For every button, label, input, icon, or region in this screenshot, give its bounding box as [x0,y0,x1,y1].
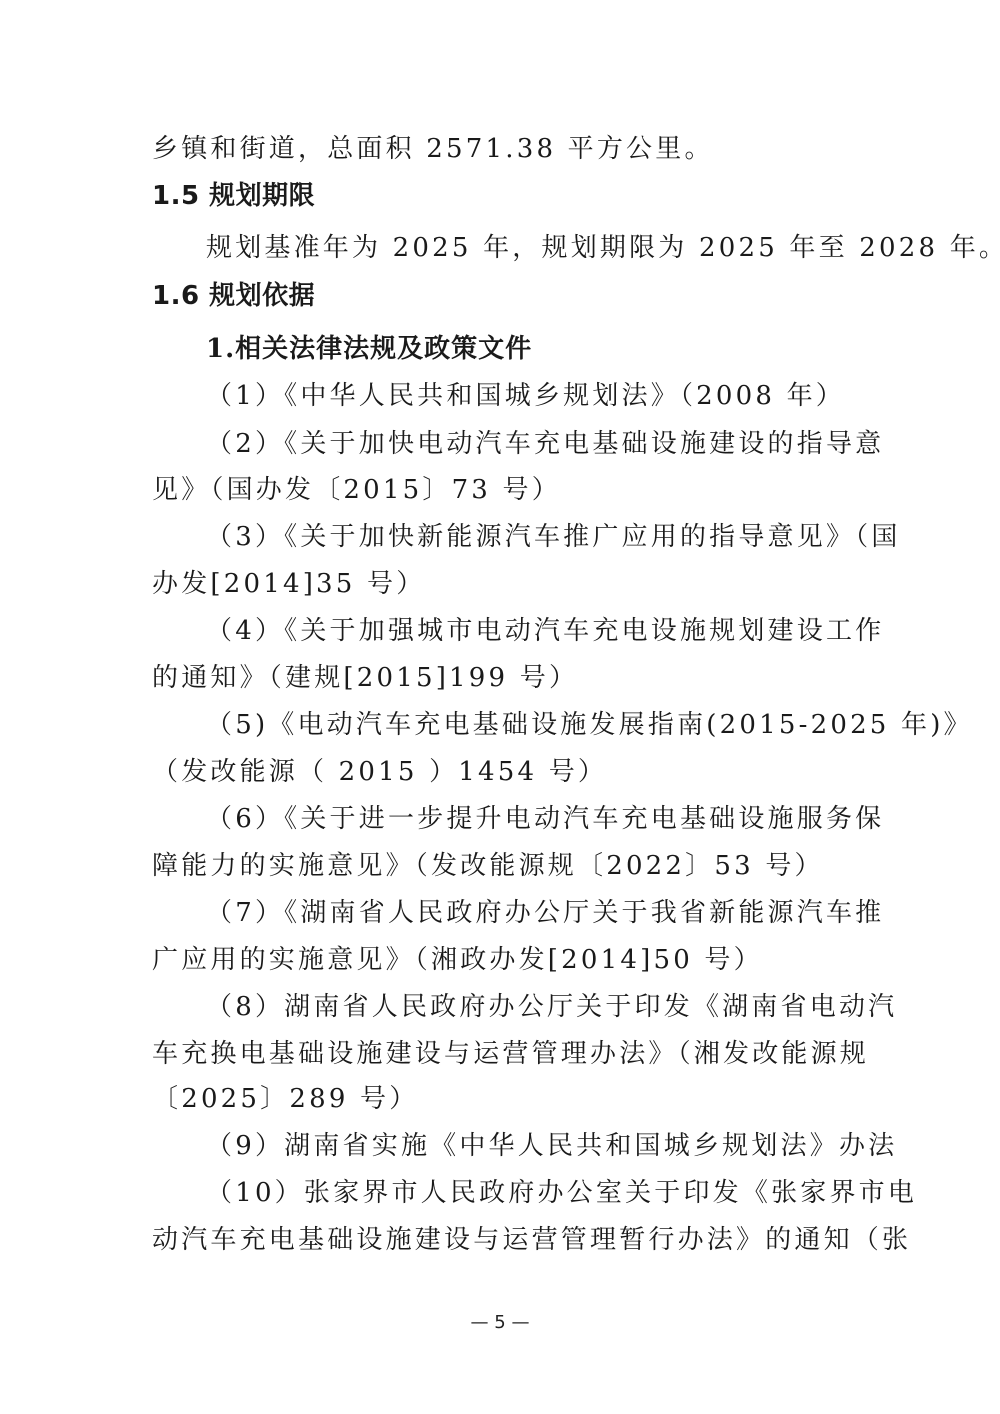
body-text-line: 规划基准年为 2025 年，规划期限为 2025 年至 2028 年。 [206,232,906,264]
reference-item-continued: 障能力的实施意见》（发改能源规〔2022〕53 号） [152,850,852,882]
reference-item: （7）《湖南省人民政府办公厅关于我省新能源汽车推 [206,897,906,929]
reference-item: （6）《关于进一步提升电动汽车充电基础设施服务保 [206,803,906,835]
reference-item: （5)《电动汽车充电基础设施发展指南(2015-2025 年)》 [206,709,906,741]
reference-item: （9）湖南省实施《中华人民共和国城乡规划法》办法 [206,1130,906,1162]
reference-item-continued: 车充换电基础设施建设与运营管理办法》（湘发改能源规 [152,1038,852,1070]
reference-item-continued: 办发[2014]35 号） [152,568,852,600]
reference-item-continued: （发改能源（ 2015 ）1454 号） [152,756,852,788]
reference-item: （3）《关于加快新能源汽车推广应用的指导意见》（国 [206,521,906,553]
section-heading-1-5: 1.5 规划期限 [152,180,852,212]
reference-item-continued: 动汽车充电基础设施建设与运营管理暂行办法》的通知（张 [152,1224,852,1256]
reference-item: （2）《关于加快电动汽车充电基础设施建设的指导意 [206,428,906,460]
reference-item-continued: 广应用的实施意见》（湘政办发[2014]50 号） [152,944,852,976]
reference-item: （1）《中华人民共和国城乡规划法》（2008 年） [206,380,906,412]
reference-item-continued: 见》（国办发〔2015〕73 号） [152,474,852,506]
reference-item: （4）《关于加强城市电动汽车充电设施规划建设工作 [206,615,906,647]
reference-item-continued: 〔2025〕289 号） [152,1083,852,1115]
reference-item-continued: 的通知》（建规[2015]199 号） [152,662,852,694]
document-page: 乡镇和街道，总面积 2571.38 平方公里。 1.5 规划期限 规划基准年为 … [0,0,1000,1414]
page-number: — 5 — [0,1312,1000,1333]
subsection-heading: 1.相关法律法规及政策文件 [206,333,906,365]
reference-item: （8）湖南省人民政府办公厅关于印发《湖南省电动汽 [206,991,906,1023]
reference-item: （10）张家界市人民政府办公室关于印发《张家界市电 [206,1177,906,1209]
body-text-line: 乡镇和街道，总面积 2571.38 平方公里。 [152,133,852,165]
section-heading-1-6: 1.6 规划依据 [152,280,852,312]
